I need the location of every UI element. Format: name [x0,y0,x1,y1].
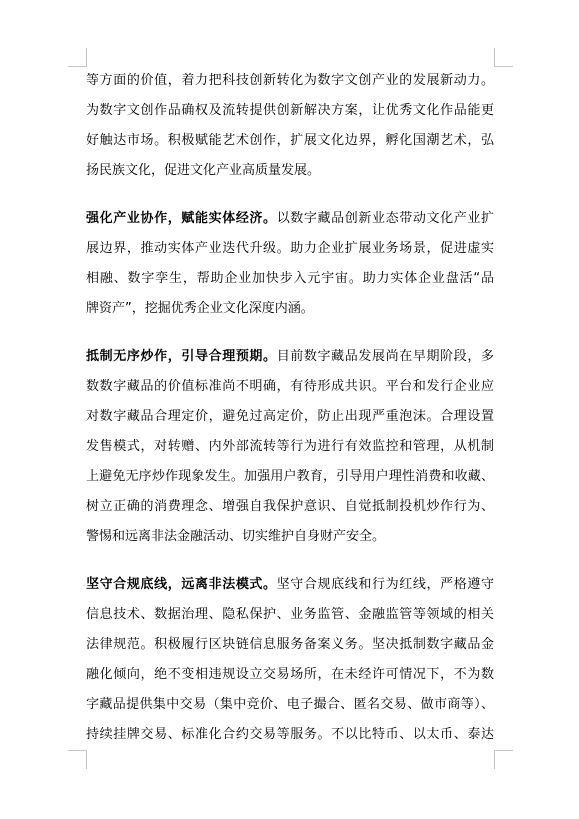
text-line[interactable]: 相融、数字孪生，帮助企业加快步入元宇宙。助力实体企业盘活“品 [86,264,494,294]
text-line[interactable]: 信息技术、数据治理、隐私保护、业务监管、金融监管等领域的相关 [86,600,494,630]
text-line[interactable]: 等方面的价值，着力把科技创新转化为数字文创产业的发展新动力。 [86,66,494,96]
text-line[interactable]: 警惕和远离非法金融活动、切实维护自身财产安全。 [86,522,494,552]
paragraph: 强化产业协作，赋能实体经济。以数字藏品创新业态带动文化产业扩展边界，推动实体产业… [86,204,494,324]
text-line[interactable]: 坚守合规底线，远离非法模式。坚守合规底线和行为红线，严格遵守 [86,570,494,600]
document-view: { "page": { "background_color": "#ffffff… [0,0,579,819]
paragraph-bold-lead: 强化产业协作，赋能实体经济。 [86,211,277,226]
document-page: 等方面的价值，着力把科技创新转化为数字文创产业的发展新动力。为数字文创作品确权及… [0,0,579,819]
text-line[interactable]: 持续挂牌交易、标准化合约交易等服务。不以比特币、以太币、泰达 [86,720,494,750]
paragraph-bold-lead: 坚守合规底线，远离非法模式。 [86,577,277,592]
text-line[interactable]: 好触达市场。积极赋能艺术创作，扩展文化边界，孵化国潮艺术，弘 [86,126,494,156]
text-line[interactable]: 发售模式，对转赠、内外部流转等行为进行有效监控和管理，从机制 [86,432,494,462]
text-line[interactable]: 抵制无序炒作，引导合理预期。目前数字藏品发展尚在早期阶段，多 [86,342,494,372]
paragraph: 抵制无序炒作，引导合理预期。目前数字藏品发展尚在早期阶段，多数数字藏品的价值标准… [86,342,494,552]
text-boundary-mark-bottom-left [68,750,87,769]
text-line[interactable]: 展边界，推动实体产业迭代升级。助力企业扩展业务场景，促进虚实 [86,234,494,264]
paragraph: 坚守合规底线，远离非法模式。坚守合规底线和行为红线，严格遵守信息技术、数据治理、… [86,570,494,750]
text-boundary-mark-top-right [494,48,513,67]
text-line[interactable]: 字藏品提供集中交易（集中竞价、电子撮合、匿名交易、做市商等）、 [86,690,494,720]
text-line[interactable]: 牌资产”，挖掘优秀企业文化深度内涵。 [86,294,494,324]
text-line[interactable]: 扬民族文化，促进文化产业高质量发展。 [86,156,494,186]
document-body[interactable]: 等方面的价值，着力把科技创新转化为数字文创产业的发展新动力。为数字文创作品确权及… [86,66,494,750]
text-boundary-mark-bottom-right [494,750,513,769]
text-line[interactable]: 为数字文创作品确权及流转提供创新解决方案，让优秀文化作品能更 [86,96,494,126]
text-boundary-mark-top-left [68,48,87,67]
text-line[interactable]: 树立正确的消费理念、增强自我保护意识、自觉抵制投机炒作行为、 [86,492,494,522]
text-line[interactable]: 融化倾向，绝不变相违规设立交易场所，在未经许可情况下，不为数 [86,660,494,690]
text-line[interactable]: 数数字藏品的价值标准尚不明确，有待形成共识。平台和发行企业应 [86,372,494,402]
text-line[interactable]: 上避免无序炒作现象发生。加强用户教育，引导用户理性消费和收藏、 [86,462,494,492]
text-line[interactable]: 强化产业协作，赋能实体经济。以数字藏品创新业态带动文化产业扩 [86,204,494,234]
text-line[interactable]: 法律规范。积极履行区块链信息服务备案义务。坚决抵制数字藏品金 [86,630,494,660]
paragraph: 等方面的价值，着力把科技创新转化为数字文创产业的发展新动力。为数字文创作品确权及… [86,66,494,186]
text-line[interactable]: 对数字藏品合理定价，避免过高定价，防止出现严重泡沫。合理设置 [86,402,494,432]
paragraph-bold-lead: 抵制无序炒作，引导合理预期。 [86,349,277,364]
